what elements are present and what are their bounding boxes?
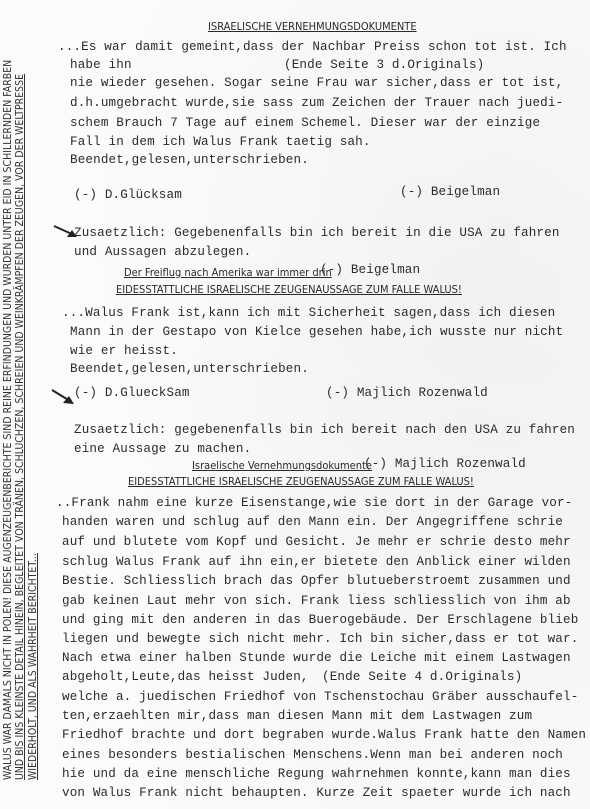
text-line: nie wieder gesehen. Sogar seine Frau war… — [70, 76, 563, 90]
text-line: ten,erzaehlten mir,dass man diesen Mann … — [62, 709, 532, 723]
text-line: Nach etwa einer halben Stunde wurde die … — [62, 651, 571, 665]
main-heading: ISRAELISCHE VERNEHMUNGSDOKUMENTE — [208, 20, 417, 33]
annotation-line-3: WIEDERHOLT, UND ALS WAHRHEIT BERICHTET..… — [27, 0, 39, 780]
addendum-signature: (-) Majlich Rozenwald — [364, 457, 526, 471]
text-line: habe ihn — [70, 58, 132, 72]
scanned-document-page: WALUS WAR DAMALS NICHT IN POLEN! DIESE A… — [0, 0, 590, 809]
signature-right: (-) Majlich Rozenwald — [326, 386, 488, 400]
text-line: abgeholt,Leute,das heisst Juden, — [62, 670, 309, 684]
text-line: eines besonders bestialischen Menschens.… — [62, 748, 563, 762]
text-line: Friedhof brachte und dort begraben wurde… — [62, 728, 586, 742]
affidavit-heading: EIDESSTATTLICHE ISRAELISCHE ZEUGENAUSSAG… — [116, 283, 462, 296]
text-line: auf und blutete vom Kopf und Gesicht. Je… — [62, 535, 571, 549]
text-line: hie und da eine menschliche Regung wahrn… — [62, 767, 571, 781]
text-line: Zusaetzlich: gegebenenfalls bin ich bere… — [74, 423, 575, 437]
text-line: Mann in der Gestapo von Kielce gesehen h… — [70, 325, 563, 339]
text-line: Fall in dem ich Walus Frank taetig sah. — [70, 135, 371, 149]
annotation-line-1: WALUS WAR DAMALS NICHT IN POLEN! DIESE A… — [2, 0, 14, 780]
text-line: Beendet,gelesen,unterschrieben. — [70, 153, 309, 167]
signature-left: (-) D.GlueckSam — [74, 386, 190, 400]
handwritten-comment: Der Freiflug nach Amerika war immer drin — [124, 266, 332, 279]
affidavit-heading: EIDESSTATTLICHE ISRAELISCHE ZEUGENAUSSAG… — [128, 475, 474, 488]
signature-right: (-) Beigelman — [400, 185, 500, 199]
text-line: d.h.umgebracht wurde,sie sass zum Zeiche… — [70, 96, 563, 110]
vertical-annotation: WALUS WAR DAMALS NICHT IN POLEN! DIESE A… — [2, 10, 52, 809]
text-line: handen waren und schlug auf den Mann ein… — [62, 515, 563, 529]
text-line: ...Es war damit gemeint,dass der Nachbar… — [58, 40, 567, 54]
text-line: schem Brauch 7 Tage auf einem Schemel. D… — [70, 116, 540, 130]
text-line: liegen und bewegte sich nicht mehr. Ich … — [62, 632, 578, 646]
text-line: von Walus Frank nicht behaupten. Kurze Z… — [62, 786, 571, 800]
text-line: eine Aussage zu machen. — [74, 442, 251, 456]
text-line: Bestie. Schliesslich brach das Opfer blu… — [62, 574, 571, 588]
text-line: und ging mit den anderen in das Buerogeb… — [62, 613, 578, 627]
signature-left: (-) D.Glücksam — [74, 188, 182, 202]
page-end-note: (Ende Seite 4 d.Originals) — [322, 670, 522, 684]
sub-heading: Israelische Vernehmungsdokumente — [192, 459, 372, 472]
text-line: wie er heisst. — [70, 344, 178, 358]
text-line: ...Walus Frank ist,kann ich mit Sicherhe… — [62, 306, 555, 320]
text-line: ..Frank nahm eine kurze Eisenstange,wie … — [56, 496, 572, 510]
text-line: welche a. juedischen Friedhof von Tschen… — [62, 690, 578, 704]
text-line: Zusaetzlich: Gegebenenfalls bin ich bere… — [74, 226, 560, 240]
page-end-note: (Ende Seite 3 d.Originals) — [284, 58, 484, 72]
addendum-signature: (-) Beigelman — [320, 263, 420, 277]
text-line: schlug Walus Frank auf ihn ein,er bietet… — [62, 555, 571, 569]
arrow-icon — [50, 388, 80, 408]
text-line: Beendet,gelesen,unterschrieben. — [70, 362, 309, 376]
annotation-line-2: UND BIS INS KLEINSTE DETAIL HINEIN, BEGL… — [14, 0, 26, 780]
text-line: gab keinen Laut mehr von sich. Frank lie… — [62, 594, 571, 608]
text-line: und Aussagen abzulegen. — [74, 245, 251, 259]
